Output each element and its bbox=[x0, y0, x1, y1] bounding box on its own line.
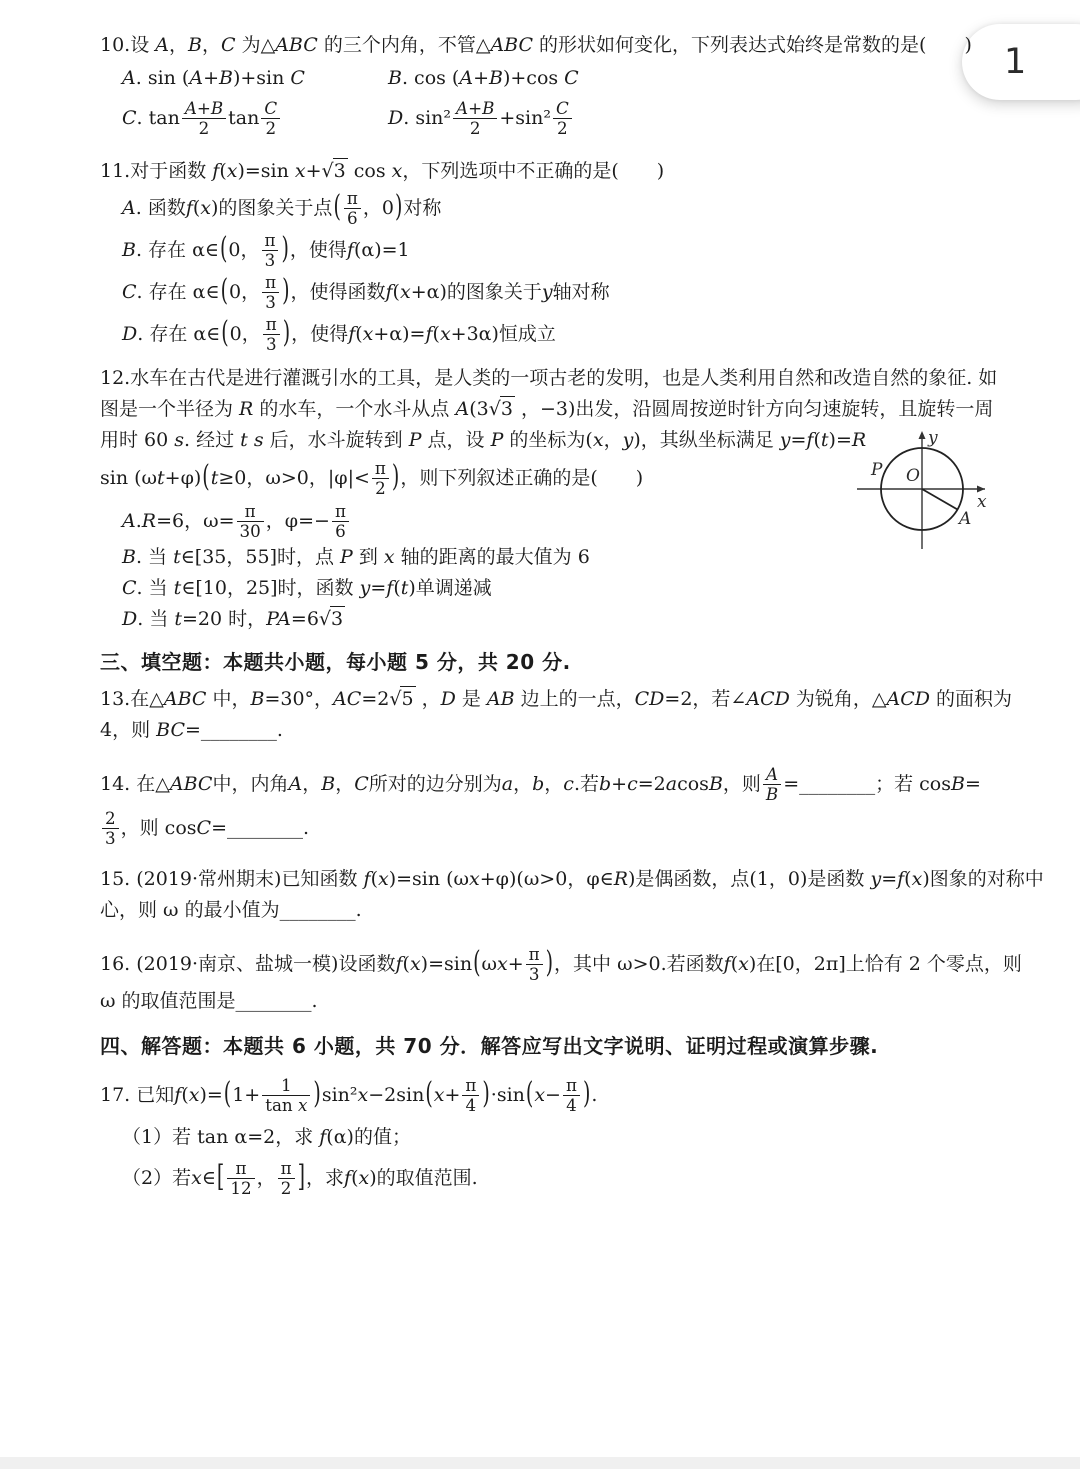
figure-label-y: y bbox=[927, 428, 938, 448]
question-10-options-row2: C. tan A+B2 tan C2 D. sin²A+B2 +sin²C2 bbox=[100, 96, 985, 140]
question-12: 12.水车在古代是进行灌溉引水的工具，是人类的一项古老的发明，也是人类利用自然和… bbox=[100, 363, 985, 635]
question-11-stem: 11.对于函数 f(x)=sin x+√3 cos x，下列选项中不正确的是( … bbox=[100, 156, 985, 187]
question-10-option-c: C. tan A+B2 tan C2 bbox=[100, 96, 388, 140]
figure-label-a: A bbox=[957, 509, 971, 529]
question-15-line-2: 心，则 ω 的最小值为________. bbox=[100, 895, 985, 926]
question-10-option-b: B. cos (A+B)+cos C bbox=[388, 63, 985, 94]
question-16-line-1: 16. (2019·南京、盐城一模)设函数 f(x)=sin (ωx+π3) ，… bbox=[100, 942, 985, 986]
figure-label-o: O bbox=[906, 466, 920, 486]
question-10-options-row1: A. sin (A+B)+sin C B. cos (A+B)+cos C bbox=[100, 63, 985, 94]
question-12-option-d: D. 当 t=20 时，PA=6√3 bbox=[100, 604, 985, 635]
question-14-line-1: 14. 在△ABC 中，内角 A，B，C 所对的边分别为 a，b，c.若 b+c… bbox=[100, 762, 985, 806]
question-10: 10.设 A，B，C 为△ABC 的三个内角，不管△ABC 的形状如何变化，下列… bbox=[100, 30, 985, 140]
question-17-part-2: （2）若 x∈[π12，π2] ，求 f(x)的取值范围. bbox=[100, 1153, 985, 1203]
section-3-header: 三、填空题：本题共小题，每小题 5 分，共 20 分. bbox=[100, 645, 985, 679]
question-12-option-c: C. 当 t∈[10，25]时，函数 y=f(t)单调递减 bbox=[100, 573, 985, 604]
question-17-part-1: （1）若 tan α=2，求 f(α)的值； bbox=[100, 1122, 985, 1153]
question-13-line-1: 13.在△ABC 中，B=30°，AC=2√5 ，D 是 AB 边上的一点，CD… bbox=[100, 684, 985, 715]
question-10-option-d: D. sin²A+B2 +sin²C2 bbox=[388, 96, 985, 140]
figure-label-x: x bbox=[977, 492, 987, 512]
question-16-line-2: ω 的取值范围是________. bbox=[100, 986, 985, 1017]
question-10-option-a: A. sin (A+B)+sin C bbox=[100, 63, 388, 94]
figure-label-p: P bbox=[870, 460, 883, 480]
question-11-option-b: B. 存在 α∈(0，π3) ，使得 f(α)=1 bbox=[100, 229, 985, 271]
question-12-line-1: 12.水车在古代是进行灌溉引水的工具，是人类的一项古老的发明，也是人类利用自然和… bbox=[100, 363, 985, 394]
question-12-line-2: 图是一个半径为 R 的水车，一个水斗从点 A(3√3 ，−3)出发，沿圆周按逆时… bbox=[100, 394, 985, 425]
waterwheel-circle-figure: y x O P A bbox=[849, 423, 999, 553]
bottom-strip bbox=[0, 1457, 1080, 1469]
radius-oa bbox=[922, 489, 958, 510]
question-17-formula: 17. 已知 f(x)=(1+1tan x) sin²x−2sin(x+π4) … bbox=[100, 1068, 985, 1122]
question-11-option-a: A. 函数 f(x)的图象关于点(π6，0) 对称 bbox=[100, 187, 985, 229]
page-number: 1 bbox=[1004, 42, 1026, 82]
question-17: 17. 已知 f(x)=(1+1tan x) sin²x−2sin(x+π4) … bbox=[100, 1068, 985, 1203]
question-11-option-c: C. 存在 α∈(0，π3) ，使得函数 f(x+α)的图象关于 y 轴对称 bbox=[100, 271, 985, 313]
question-15: 15. (2019·常州期末)已知函数 f(x)=sin (ωx+φ)(ω>0，… bbox=[100, 864, 985, 926]
question-11: 11.对于函数 f(x)=sin x+√3 cos x，下列选项中不正确的是( … bbox=[100, 156, 985, 355]
question-16: 16. (2019·南京、盐城一模)设函数 f(x)=sin (ωx+π3) ，… bbox=[100, 942, 985, 1017]
question-13-line-2: 4，则 BC=________. bbox=[100, 715, 985, 746]
question-11-option-d: D. 存在 α∈(0，π3) ，使得 f(x+α)=f(x+3α)恒成立 bbox=[100, 313, 985, 355]
exam-content: 10.设 A，B，C 为△ABC 的三个内角，不管△ABC 的形状如何变化，下列… bbox=[100, 30, 985, 1219]
question-14-line-2: 23 ，则 cos C=________. bbox=[100, 806, 985, 850]
y-axis-arrow bbox=[919, 431, 926, 439]
question-10-stem: 10.设 A，B，C 为△ABC 的三个内角，不管△ABC 的形状如何变化，下列… bbox=[100, 30, 985, 61]
question-13: 13.在△ABC 中，B=30°，AC=2√5 ，D 是 AB 边上的一点，CD… bbox=[100, 684, 985, 746]
question-15-line-1: 15. (2019·常州期末)已知函数 f(x)=sin (ωx+φ)(ω>0，… bbox=[100, 864, 985, 895]
question-14: 14. 在△ABC 中，内角 A，B，C 所对的边分别为 a，b，c.若 b+c… bbox=[100, 762, 985, 850]
section-4-header: 四、解答题：本题共 6 小题，共 70 分．解答应写出文字说明、证明过程或演算步… bbox=[100, 1029, 985, 1063]
